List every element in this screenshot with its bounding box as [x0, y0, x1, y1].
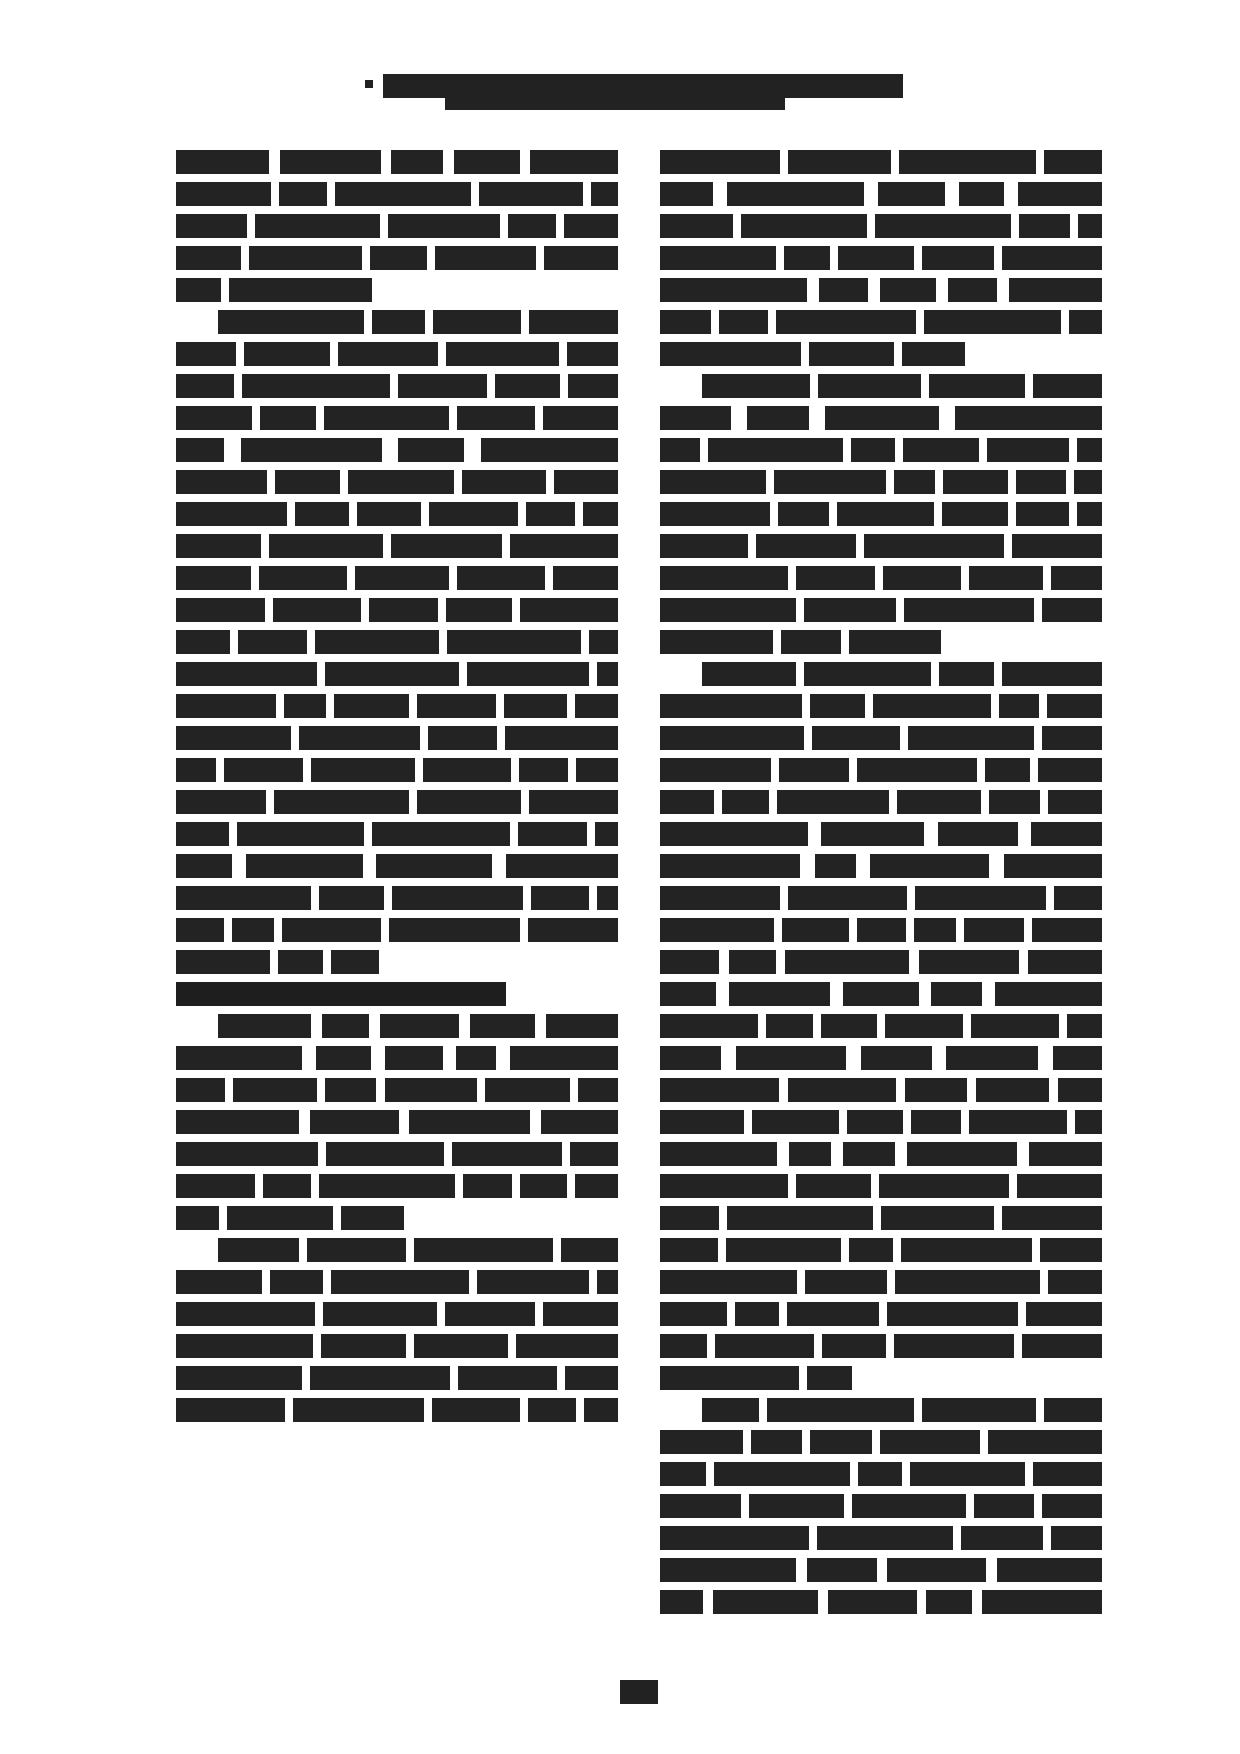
redacted-text-line	[660, 146, 1102, 174]
redacted-text-line	[176, 306, 618, 334]
redacted-word	[505, 726, 618, 750]
redacted-word	[943, 470, 1008, 494]
redacted-word	[660, 1558, 796, 1582]
redacted-word	[985, 758, 1030, 782]
redacted-word	[660, 1590, 703, 1614]
redacted-word	[1053, 1046, 1102, 1070]
redacted-word	[910, 1462, 1025, 1486]
redacted-word	[348, 470, 454, 494]
redacted-word	[335, 182, 471, 206]
redacted-word	[249, 246, 362, 270]
redacted-text-line	[176, 370, 618, 398]
redacted-word	[176, 214, 247, 238]
redacted-word	[508, 214, 556, 238]
redacted-word	[660, 1238, 718, 1262]
redacted-text-line	[660, 690, 1102, 718]
redacted-word	[575, 694, 618, 718]
redacted-word	[1017, 1174, 1102, 1198]
redacted-word	[660, 1046, 721, 1070]
redacted-word	[929, 374, 1025, 398]
redacted-word	[818, 374, 921, 398]
redacted-text-line	[660, 850, 1102, 878]
redacted-word	[885, 1014, 963, 1038]
redacted-word	[1054, 886, 1102, 910]
redacted-word	[852, 1494, 966, 1518]
redacted-word	[417, 790, 521, 814]
redacted-word	[777, 790, 889, 814]
redacted-word	[660, 246, 776, 270]
redacted-word	[1042, 598, 1102, 622]
redacted-word	[319, 1174, 455, 1198]
redacted-word	[971, 1014, 1059, 1038]
redacted-word	[310, 1110, 399, 1134]
redacted-word	[660, 566, 788, 590]
redacted-word	[810, 1430, 872, 1454]
redacted-word	[660, 1302, 727, 1326]
header-bullet	[365, 80, 373, 88]
redacted-word	[176, 630, 230, 654]
redacted-word	[481, 438, 618, 462]
redacted-word	[911, 1110, 961, 1134]
redacted-word	[1032, 918, 1102, 942]
redacted-word	[269, 534, 383, 558]
redacted-word	[463, 1174, 512, 1198]
redacted-text-line	[176, 1298, 618, 1326]
redacted-word	[433, 310, 521, 334]
redacted-word	[810, 694, 865, 718]
redacted-text-line	[660, 498, 1102, 526]
redacted-word	[510, 534, 618, 558]
redacted-word	[857, 758, 977, 782]
redacted-word	[445, 1302, 535, 1326]
redacted-text-line	[660, 1330, 1102, 1358]
redacted-word	[456, 1046, 496, 1070]
redacted-word	[880, 1430, 980, 1454]
redacted-word	[372, 310, 425, 334]
redacted-word	[176, 1142, 318, 1166]
redacted-word	[583, 502, 618, 526]
redacted-word	[293, 1398, 424, 1422]
redacted-word	[899, 150, 1036, 174]
redacted-word	[880, 278, 936, 302]
redacted-word	[380, 1014, 459, 1038]
redacted-text-line	[660, 722, 1102, 750]
redacted-word	[660, 726, 804, 750]
redacted-word	[324, 406, 449, 430]
redacted-text-line	[176, 1234, 618, 1262]
redacted-word	[1069, 310, 1102, 334]
redacted-word	[843, 982, 919, 1006]
redacted-word	[961, 1526, 1043, 1550]
redacted-word	[660, 758, 771, 782]
redacted-word	[279, 182, 327, 206]
redacted-word	[781, 630, 841, 654]
redacted-word	[995, 982, 1102, 1006]
redacted-word	[176, 1398, 285, 1422]
redacted-word	[575, 1174, 618, 1198]
redacted-text-line	[660, 626, 1102, 654]
redacted-word	[176, 1302, 315, 1326]
redacted-word	[974, 1494, 1034, 1518]
redacted-text-line	[176, 914, 618, 942]
redacted-word	[479, 182, 583, 206]
redacted-word	[176, 1046, 302, 1070]
redacted-word	[766, 1014, 813, 1038]
redacted-word	[388, 214, 500, 238]
redacted-text-line	[660, 1202, 1102, 1230]
redacted-word	[796, 1174, 871, 1198]
redacted-text-line	[660, 562, 1102, 590]
redacted-word	[982, 1590, 1102, 1614]
redacted-word	[319, 886, 384, 910]
redacted-word	[176, 1366, 302, 1390]
redacted-word	[284, 694, 326, 718]
redacted-word	[589, 630, 618, 654]
redacted-word	[576, 758, 618, 782]
redacted-word	[713, 1590, 818, 1614]
redacted-word	[323, 1302, 437, 1326]
redacted-word	[526, 502, 575, 526]
redacted-word	[357, 502, 421, 526]
redacted-word	[520, 1174, 567, 1198]
redacted-text-line	[176, 1330, 618, 1358]
redacted-word	[595, 822, 618, 846]
redacted-word	[722, 790, 769, 814]
redacted-text-line	[660, 1298, 1102, 1326]
redacted-word	[398, 438, 464, 462]
redacted-word	[708, 438, 843, 462]
redacted-word	[176, 790, 266, 814]
redacted-text-line	[176, 434, 618, 462]
redacted-word	[315, 630, 439, 654]
redacted-word	[843, 1142, 895, 1166]
redacted-word	[785, 950, 909, 974]
redacted-text-line	[660, 242, 1102, 270]
redacted-text-line	[176, 402, 618, 430]
redacted-word	[259, 566, 347, 590]
redacted-text-line	[176, 466, 618, 494]
redacted-word	[714, 1462, 850, 1486]
redacted-word	[176, 1078, 225, 1102]
redacted-word	[969, 1110, 1067, 1134]
redacted-text-line	[176, 754, 618, 782]
redacted-word	[660, 406, 731, 430]
redacted-word	[887, 1302, 1018, 1326]
redacted-word	[510, 1046, 618, 1070]
redacted-word	[838, 246, 914, 270]
redacted-word	[807, 1366, 852, 1390]
redacted-word	[926, 1590, 972, 1614]
redacted-word	[660, 310, 711, 334]
redacted-word	[660, 1526, 809, 1550]
redacted-word	[232, 918, 274, 942]
redacted-word	[307, 1238, 406, 1262]
redacted-text-line	[660, 946, 1102, 974]
redacted-word	[176, 182, 271, 206]
redacted-word	[385, 1078, 477, 1102]
redacted-word	[857, 918, 906, 942]
redacted-word	[428, 726, 497, 750]
redacted-text-line	[176, 1010, 618, 1038]
redacted-word	[660, 1174, 788, 1198]
redacted-word	[875, 214, 1011, 238]
redacted-word	[516, 1334, 618, 1358]
redacted-text-line	[176, 1042, 618, 1070]
redacted-text-line	[176, 850, 618, 878]
redacted-word	[870, 854, 989, 878]
section-heading	[176, 982, 506, 1006]
redacted-text-line	[176, 530, 618, 558]
redacted-word	[726, 1238, 841, 1262]
redacted-word	[901, 1238, 1032, 1262]
redacted-word	[1004, 854, 1102, 878]
redacted-word	[729, 982, 830, 1006]
redacted-word	[409, 1110, 530, 1134]
redacted-word	[1029, 1142, 1102, 1166]
redacted-word	[176, 278, 221, 302]
redacted-word	[903, 438, 979, 462]
redacted-word	[417, 694, 496, 718]
redacted-text-line	[176, 882, 618, 910]
redacted-text-line	[660, 1458, 1102, 1486]
right-column	[660, 146, 1102, 1618]
redacted-word	[578, 1078, 618, 1102]
redacted-word	[369, 598, 438, 622]
redacted-text-line	[176, 338, 618, 366]
redacted-word	[756, 534, 856, 558]
redacted-word	[999, 694, 1039, 718]
redacted-word	[660, 278, 807, 302]
redacted-word	[432, 1398, 520, 1422]
redacted-word	[719, 310, 768, 334]
redacted-word	[825, 406, 939, 430]
redacted-word	[1033, 374, 1102, 398]
redacted-word	[939, 662, 994, 686]
redacted-text-line	[660, 1362, 1102, 1390]
redacted-text-line	[660, 882, 1102, 910]
redacted-word	[295, 502, 349, 526]
redacted-word	[458, 1366, 557, 1390]
redacted-word	[176, 374, 234, 398]
redacted-word	[176, 150, 269, 174]
redacted-text-line	[660, 1010, 1102, 1038]
redacted-word	[779, 758, 849, 782]
redacted-word	[727, 182, 864, 206]
redacted-word	[883, 566, 961, 590]
redacted-word	[914, 918, 956, 942]
redacted-word	[660, 982, 716, 1006]
redacted-text-line	[176, 722, 618, 750]
redacted-text-line	[176, 658, 618, 686]
redacted-word	[414, 1334, 508, 1358]
redacted-word	[452, 1142, 562, 1166]
redacted-word	[553, 566, 618, 590]
redacted-word	[176, 918, 224, 942]
redacted-word	[176, 566, 251, 590]
redacted-word	[1009, 278, 1102, 302]
redacted-word	[778, 502, 829, 526]
redacted-word	[242, 374, 390, 398]
redacted-text-line	[660, 914, 1102, 942]
redacted-text-line	[176, 1394, 618, 1422]
redacted-text-line	[660, 434, 1102, 462]
redacted-word	[568, 374, 618, 398]
redacted-word	[817, 1526, 953, 1550]
redacted-word	[241, 438, 382, 462]
redacted-text-line	[176, 818, 618, 846]
redacted-word	[423, 758, 511, 782]
redacted-word	[495, 374, 560, 398]
redacted-word	[176, 822, 229, 846]
redacted-text-line	[660, 402, 1102, 430]
paper-page	[0, 0, 1240, 1754]
redacted-word	[715, 1334, 814, 1358]
redacted-word	[322, 1014, 369, 1038]
redacted-word	[176, 342, 236, 366]
redacted-word	[902, 342, 965, 366]
redacted-word	[176, 502, 287, 526]
redacted-word	[702, 1398, 759, 1422]
redacted-word	[660, 502, 770, 526]
redacted-word	[597, 886, 618, 910]
redacted-word	[969, 566, 1043, 590]
redacted-word	[273, 598, 361, 622]
redacted-text-line	[660, 274, 1102, 302]
redacted-word	[948, 278, 997, 302]
redacted-text-line	[660, 1266, 1102, 1294]
redacted-word	[176, 1110, 299, 1134]
redacted-word	[660, 1014, 758, 1038]
redacted-word	[849, 630, 941, 654]
redacted-word	[660, 854, 800, 878]
redacted-word	[176, 1206, 219, 1230]
redacted-word	[429, 502, 518, 526]
redacted-word	[660, 1334, 707, 1358]
redacted-word	[554, 470, 618, 494]
redacted-word	[660, 822, 808, 846]
redacted-text-line	[176, 1170, 618, 1198]
redacted-word	[280, 150, 381, 174]
redacted-text-line	[660, 210, 1102, 238]
redacted-word	[1002, 246, 1102, 270]
redacted-text-line	[660, 658, 1102, 686]
redacted-word	[544, 246, 618, 270]
redacted-word	[565, 1366, 618, 1390]
redacted-text-line	[660, 338, 1102, 366]
redacted-word	[325, 662, 459, 686]
redacted-word	[660, 1462, 706, 1486]
redacted-word	[520, 598, 618, 622]
redacted-word	[564, 214, 618, 238]
redacted-word	[788, 1078, 896, 1102]
redacted-word	[660, 886, 780, 910]
redacted-word	[897, 790, 981, 814]
redacted-word	[660, 438, 700, 462]
redacted-word	[561, 1238, 618, 1262]
redacted-text-line	[176, 178, 618, 206]
redacted-word	[176, 246, 241, 270]
redacted-text-line	[660, 530, 1102, 558]
redacted-word	[518, 822, 587, 846]
redacted-text-line	[660, 306, 1102, 334]
redacted-word	[908, 726, 1034, 750]
redacted-word	[176, 438, 224, 462]
header-line-1	[383, 74, 903, 98]
left-column	[176, 146, 618, 1426]
redacted-word	[341, 1206, 404, 1230]
redacted-word	[462, 470, 546, 494]
redacted-word	[334, 694, 409, 718]
redacted-word	[1033, 1462, 1102, 1486]
redacted-word	[660, 1206, 719, 1230]
redacted-word	[822, 1334, 886, 1358]
redacted-word	[1019, 214, 1070, 238]
redacted-word	[530, 150, 618, 174]
redacted-text-line	[660, 1234, 1102, 1262]
redacted-word	[942, 502, 1008, 526]
redacted-word	[1042, 1494, 1102, 1518]
redacted-word	[805, 1270, 887, 1294]
redacted-word	[528, 918, 618, 942]
redacted-word	[414, 1238, 553, 1262]
redacted-word	[861, 1046, 932, 1070]
redacted-word	[1042, 726, 1102, 750]
redacted-word	[988, 1430, 1102, 1454]
redacted-text-line	[660, 1554, 1102, 1582]
redacted-word	[904, 598, 1034, 622]
redacted-word	[660, 150, 780, 174]
redacted-word	[270, 1270, 323, 1294]
redacted-word	[1077, 502, 1102, 526]
redacted-text-line	[176, 1362, 618, 1390]
redacted-text-line	[660, 1106, 1102, 1134]
redacted-text-line	[660, 594, 1102, 622]
redacted-word	[837, 502, 934, 526]
redacted-word	[311, 758, 415, 782]
redacted-word	[1047, 694, 1102, 718]
redacted-word	[815, 854, 856, 878]
redacted-word	[821, 1014, 877, 1038]
redacted-text-line	[660, 754, 1102, 782]
redacted-word	[1058, 1078, 1102, 1102]
redacted-word	[584, 1398, 618, 1422]
redacted-text-line	[660, 786, 1102, 814]
redacted-word	[881, 1206, 994, 1230]
redacted-word	[864, 534, 1004, 558]
redacted-text-line	[660, 1586, 1102, 1614]
redacted-word	[747, 406, 809, 430]
redacted-word	[529, 790, 618, 814]
redacted-text-line	[176, 1138, 618, 1166]
redacted-text-line	[660, 1490, 1102, 1518]
redacted-word	[176, 950, 270, 974]
redacted-word	[238, 630, 307, 654]
redacted-word	[789, 1142, 831, 1166]
redacted-word	[274, 790, 409, 814]
redacted-word	[660, 214, 733, 238]
redacted-word	[176, 598, 265, 622]
redacted-text-line	[176, 1202, 618, 1230]
redacted-word	[894, 470, 935, 494]
redacted-word	[218, 1238, 299, 1262]
redacted-word	[851, 438, 895, 462]
redacted-word	[873, 694, 991, 718]
redacted-word	[321, 1334, 406, 1358]
redacted-word	[531, 886, 589, 910]
redacted-text-line	[660, 178, 1102, 206]
redacted-word	[370, 246, 427, 270]
redacted-word	[176, 1174, 255, 1198]
